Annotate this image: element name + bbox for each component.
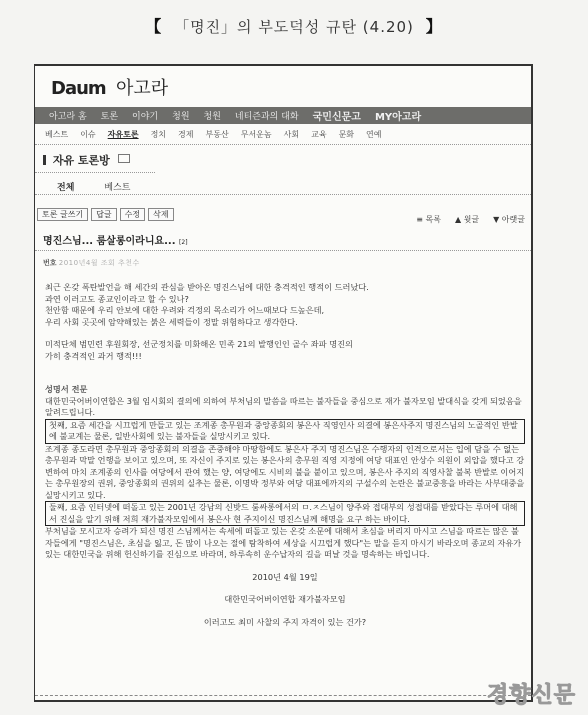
statement-signature: 대한민국어버이연합 재가불자모임 [45, 594, 525, 606]
statement-date: 2010년 4월 19일 [45, 572, 525, 584]
tab-all[interactable]: 전체 [57, 180, 74, 193]
post-navigation: ≡ 목록 ▲ 윗글 ▼ 아랫글 [402, 214, 525, 225]
document-title: 【 「명진」의 부도덕성 규탄 (4.20) 】 [0, 14, 588, 37]
bracket-right: 】 [426, 17, 443, 36]
gnb-item-petition[interactable]: 청원 [204, 109, 221, 122]
screenshot-frame: Daum 아고라 아고라 홈 토론 이야기 청원 청원 네티즌과의 대화 국민신… [34, 64, 533, 702]
board-title: 자유 토론방 [43, 152, 130, 168]
board-tabs: 전체 베스트 [57, 180, 160, 193]
write-button[interactable]: 토론 글쓰기 [37, 208, 88, 221]
paragraph: 가히 충격적인 과거 행적!!! [45, 351, 525, 363]
paragraph: 천안함 때문에 우리 안보에 대한 우려와 걱정의 목소리가 어느때보다 드높은… [45, 305, 525, 317]
gnb-item-netizen-talk[interactable]: 네티즌과의 대화 [235, 109, 299, 122]
edit-button[interactable]: 수정 [120, 208, 145, 221]
divider [35, 695, 531, 696]
gnb-item-debate[interactable]: 토론 [101, 109, 118, 122]
global-nav: 아고라 홈 토론 이야기 청원 청원 네티즌과의 대화 국민신문고 MY아고라 [35, 107, 531, 124]
boxed-paragraph-second: 둘째, 요즘 인터넷에 떠돌고 있는 2001년 강남의 신밧드 룸싸롱에서의 … [45, 501, 525, 526]
gnb-item-home[interactable]: 아고라 홈 [49, 109, 87, 122]
lnb-item-education[interactable]: 교육 [311, 129, 326, 140]
gnb-item-story[interactable]: 이야기 [132, 109, 158, 122]
site-logo[interactable]: Daum 아고라 [51, 74, 168, 100]
lnb-item-best[interactable]: 베스트 [45, 129, 68, 140]
paragraph: 우리 사회 곳곳에 암약해있는 붉은 세력들이 정말 위험하다고 생각한다. [45, 317, 525, 329]
post-title: 명진스님... 룸살롱이라니요... [2] [43, 232, 188, 247]
paragraph: 미적단체 범민련 후원회장, 선군정치를 미화해온 민족 21의 발행인인 골수… [45, 339, 525, 351]
lnb-item-free-debate[interactable]: 자유토론 [108, 129, 139, 140]
title-bar-icon [43, 155, 46, 165]
post-meta: 번호 2010년4월 조회 추천수 [43, 258, 140, 268]
lnb-item-culture[interactable]: 문화 [339, 129, 354, 140]
lnb-item-other[interactable]: 무서운놈 [241, 129, 272, 140]
paragraph: 최근 온갖 폭탄발언을 해 세간의 관심을 받아온 명진스님에 대한 충격적인 … [45, 282, 525, 294]
gnb-item-sinmungo[interactable]: 국민신문고 [313, 108, 361, 123]
paragraph: 과연 이러고도 종교인이라고 할 수 있나? [45, 294, 525, 306]
tab-best[interactable]: 베스트 [104, 180, 130, 193]
paragraph: 조계종 종도라면 총무원과 중앙종회의 의결을 존중해야 마땅함에도 봉은사 주… [45, 444, 525, 502]
divider [35, 250, 531, 251]
document-title-text: 「명진」의 부도덕성 규탄 (4.20) [174, 18, 414, 36]
comment-count[interactable]: [2] [179, 239, 188, 246]
lnb-item-real-estate[interactable]: 부동산 [206, 129, 229, 140]
meta-label: 번호 [43, 259, 57, 267]
post-title-text: 명진스님... 룸살롱이라니요... [43, 236, 176, 247]
post-actions: 토론 글쓰기 답글 수정 삭제 [37, 208, 177, 221]
board-title-text: 자유 토론방 [53, 154, 110, 167]
gnb-item-my-agora[interactable]: MY아고라 [375, 108, 421, 123]
newspaper-watermark: 경향신문 [487, 678, 576, 709]
agora-logo: 아고라 [116, 78, 168, 99]
statement-heading: 성명서 전문 [45, 384, 525, 396]
local-nav: 베스트 이슈 자유토론 정치 경제 부동산 무서운놈 사회 교육 문화 연예 [45, 127, 394, 141]
boxed-paragraph-first: 첫째, 요즘 세간을 시끄럽게 만들고 있는 조계종 총무원과 중앙종회의 봉은… [45, 419, 525, 444]
daum-logo: Daum [51, 78, 106, 99]
rss-icon[interactable] [118, 154, 130, 163]
prev-post-link[interactable]: ▲ 윗글 [455, 214, 479, 225]
lnb-item-society[interactable]: 사회 [284, 129, 299, 140]
gnb-item-report[interactable]: 청원 [172, 109, 189, 122]
paragraph: 부처님을 모시고자 승려가 되신 명진 스님께서는 속세에 떠돌고 있는 온갖 … [45, 526, 525, 561]
delete-button[interactable]: 삭제 [148, 208, 173, 221]
lnb-item-issue[interactable]: 이슈 [80, 129, 95, 140]
post-body: 최근 온갖 폭탄발언을 해 세간의 관심을 받아온 명진스님에 대한 충격적인 … [45, 282, 525, 628]
lnb-item-entertainment[interactable]: 연예 [366, 129, 381, 140]
divider [35, 144, 531, 145]
statement-intro: 대한민국어버이연합은 3월 임시회의 결의에 의하여 부처님의 말씀을 따르는 … [45, 396, 525, 419]
reply-button[interactable]: 답글 [91, 208, 116, 221]
list-link[interactable]: ≡ 목록 [416, 214, 441, 225]
divider [35, 172, 155, 173]
lnb-item-politics[interactable]: 정치 [151, 129, 166, 140]
divider [35, 194, 531, 195]
lnb-item-economy[interactable]: 경제 [178, 129, 193, 140]
meta-value: 2010년4월 조회 추천수 [59, 259, 140, 267]
next-post-link[interactable]: ▼ 아랫글 [493, 214, 525, 225]
closing-question: 이러고도 최미 사찰의 주지 자격이 있는 건가? [45, 617, 525, 629]
bracket-left: 【 [145, 17, 162, 36]
